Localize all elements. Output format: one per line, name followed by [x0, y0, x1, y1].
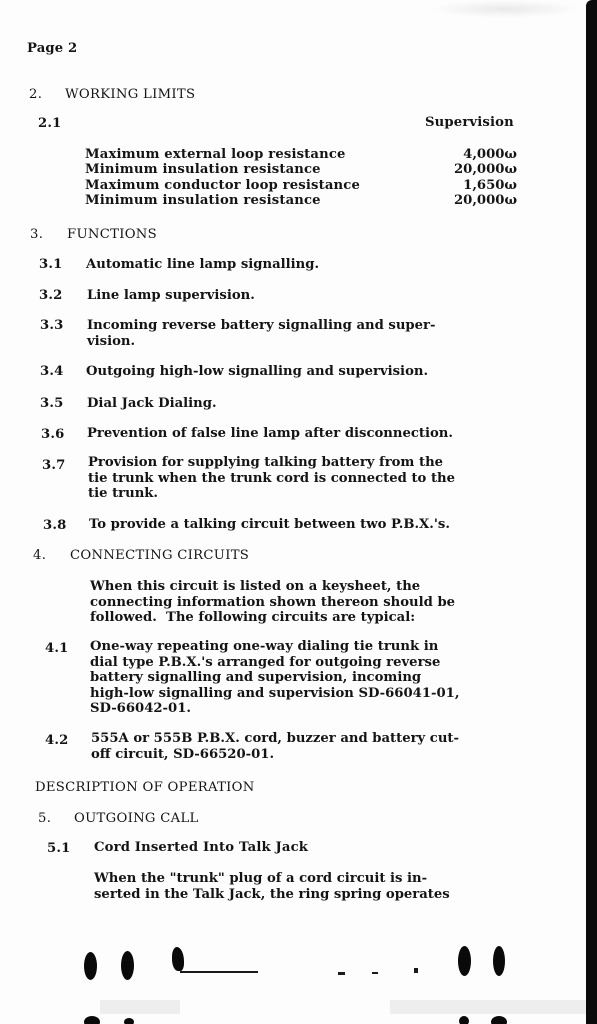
- section-5-number: 5.: [38, 811, 51, 827]
- scan-mark: [180, 971, 258, 973]
- scan-shadow: [390, 1000, 590, 1014]
- binding-hole: [458, 946, 471, 976]
- binding-hole: [493, 946, 505, 976]
- circuit-number: 4.2: [45, 733, 68, 749]
- function-number: 3.1: [39, 257, 62, 273]
- function-number: 3.6: [41, 427, 64, 443]
- limit-label: Maximum external loop resistance: [85, 147, 346, 163]
- function-number: 3.5: [40, 396, 63, 412]
- function-number: 3.4: [40, 364, 63, 380]
- function-text: Incoming reverse battery signalling and …: [87, 318, 435, 349]
- section-4-title: CONNECTING CIRCUITS: [70, 548, 249, 564]
- section-5-1-number: 5.1: [47, 841, 70, 857]
- function-number: 3.2: [39, 288, 62, 304]
- function-text: Line lamp supervision.: [87, 288, 255, 304]
- limit-value: 20,000ω: [437, 193, 517, 209]
- binding-hole: [121, 951, 134, 980]
- limit-label: Minimum insulation resistance: [85, 162, 321, 178]
- binding-hole: [491, 1016, 507, 1024]
- circuit-text: One-way repeating one-way dialing tie tr…: [90, 639, 459, 717]
- page-label: Page 2: [27, 41, 77, 57]
- function-number: 3.3: [40, 318, 63, 334]
- limit-label: Minimum insulation resistance: [85, 193, 321, 209]
- scan-page-edge: [586, 0, 597, 1024]
- scan-shadow: [100, 1000, 180, 1014]
- binding-hole: [124, 1018, 134, 1024]
- section-2-number: 2.: [29, 87, 42, 103]
- scan-mark: [372, 972, 378, 974]
- section-5-title: OUTGOING CALL: [74, 811, 199, 827]
- document-page: Page 2 2. WORKING LIMITS 2.1 Supervision…: [0, 0, 597, 1024]
- function-text: Automatic line lamp signalling.: [86, 257, 319, 273]
- function-text: To provide a talking circuit between two…: [89, 517, 450, 533]
- section-4-number: 4.: [33, 548, 46, 564]
- section-5-1-title: Cord Inserted Into Talk Jack: [94, 840, 308, 856]
- limit-value: 4,000ω: [437, 147, 517, 163]
- function-number: 3.8: [43, 518, 66, 534]
- binding-hole: [84, 1016, 100, 1024]
- scan-mark: [414, 968, 418, 973]
- function-text: Dial Jack Dialing.: [87, 396, 217, 412]
- supervision-column-header: Supervision: [425, 115, 514, 131]
- connecting-intro: When this circuit is listed on a keyshee…: [90, 579, 455, 626]
- function-number: 3.7: [42, 458, 65, 474]
- outgoing-call-paragraph: When the "trunk" plug of a cord circuit …: [94, 871, 450, 902]
- function-text: Provision for supplying talking battery …: [88, 455, 455, 502]
- circuit-number: 4.1: [45, 641, 68, 657]
- binding-hole: [172, 947, 184, 971]
- binding-hole: [459, 1016, 469, 1024]
- section-3-title: FUNCTIONS: [67, 227, 157, 243]
- section-2-title: WORKING LIMITS: [65, 87, 195, 103]
- scan-mark: [338, 972, 345, 975]
- binding-hole: [84, 952, 97, 980]
- description-heading: DESCRIPTION OF OPERATION: [35, 780, 255, 796]
- limit-value: 1,650ω: [437, 178, 517, 194]
- circuit-text: 555A or 555B P.B.X. cord, buzzer and bat…: [91, 731, 459, 762]
- function-text: Outgoing high-low signalling and supervi…: [86, 364, 428, 380]
- function-text: Prevention of false line lamp after disc…: [87, 426, 453, 442]
- section-3-number: 3.: [30, 227, 43, 243]
- scan-smudge: [430, 0, 580, 18]
- section-2-1-number: 2.1: [38, 116, 61, 132]
- limit-label: Maximum conductor loop resistance: [85, 178, 360, 194]
- limit-value: 20,000ω: [437, 162, 517, 178]
